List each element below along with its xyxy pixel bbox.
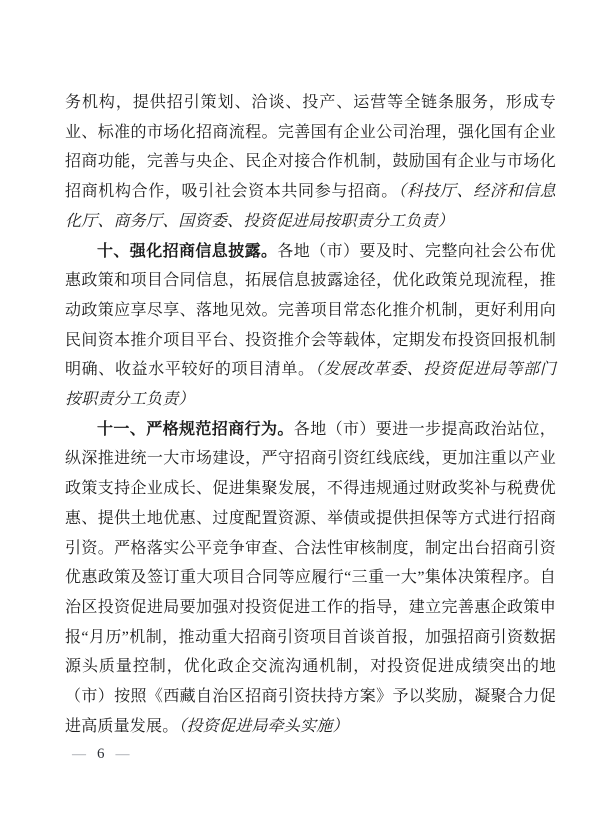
paragraph: 十、强化招商信息披露。各地（市）要及时、完整向社会公布优惠政策和项目合同信息，拓… [65, 237, 556, 415]
document-text: 务机构，提供招引策划、洽谈、投产、运营等全链条服务，形成专业、标准的市场化招商流… [65, 88, 556, 741]
paragraph: 十一、严格规范招商行为。各地（市）要进一步提高政治站位，纵深推进统一大市场建设，… [65, 415, 556, 742]
section-heading: 十一、严格规范招商行为。 [97, 421, 294, 438]
paragraph: 务机构，提供招引策划、洽谈、投产、运营等全链条服务，形成专业、标准的市场化招商流… [65, 88, 556, 237]
responsibility-attribution: （投资促进局牵头实施） [178, 718, 348, 735]
page-number: 6 [97, 747, 105, 762]
footer-right-dash: — [116, 747, 130, 762]
footer-left-dash: — [72, 747, 86, 762]
section-heading: 十、强化招商信息披露。 [97, 243, 277, 260]
document-page: 务机构，提供招引策划、洽谈、投产、运营等全链条服务，形成专业、标准的市场化招商流… [0, 0, 592, 826]
body-text: 各地（市）要及时、完整向社会公布优惠政策和项目合同信息，拓展信息披露途径，优化政… [65, 243, 556, 379]
body-text: 各地（市）要进一步提高政治站位，纵深推进统一大市场建设，严守招商引资红线底线，更… [65, 421, 556, 735]
page-footer: — 6 — [72, 747, 130, 762]
